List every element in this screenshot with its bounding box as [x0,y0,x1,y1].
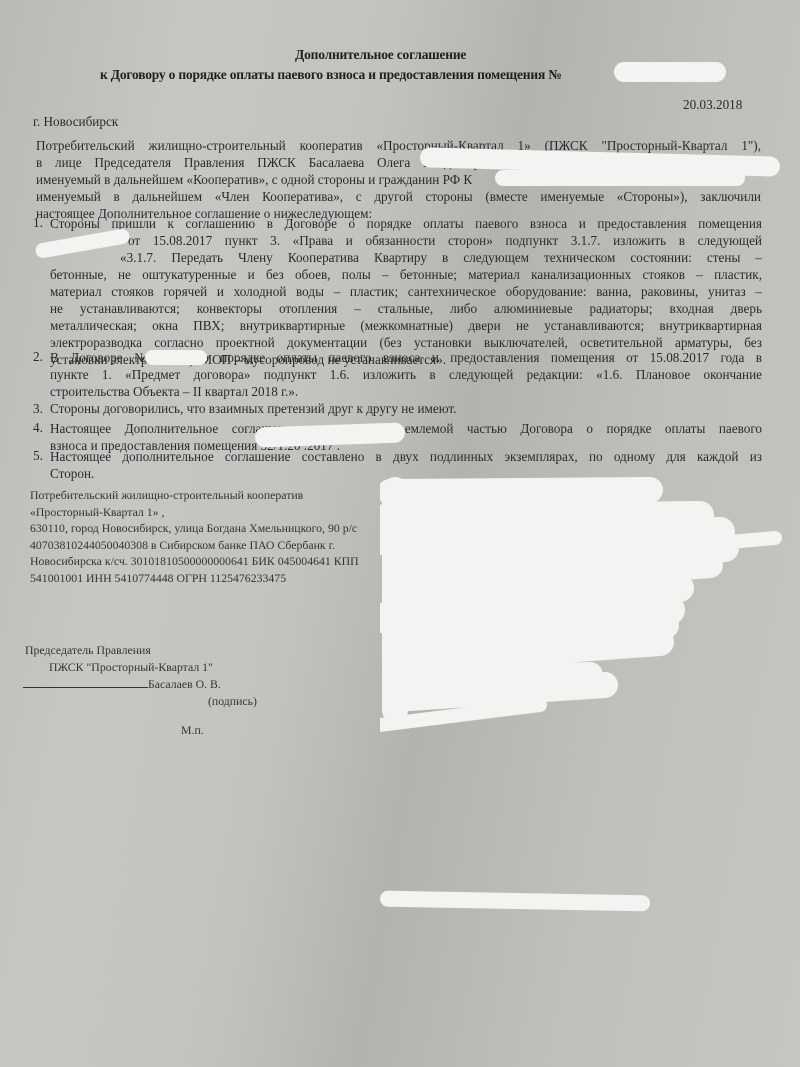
stamp-placeholder: М.п. [181,723,204,738]
clause-line: металлическая; окна ПВХ; внутриквартирны… [50,317,762,334]
clause-line: Настоящее дополнительное соглашение сост… [50,448,762,465]
clause-line: бетонные, не оштукатуренные и без обоев,… [50,266,762,283]
clause-line: строительства Объекта – II квартал 2018 … [50,383,762,400]
requisites-line: «Просторный-Квартал 1» , [30,504,359,521]
document-subtitle: к Договору о порядке оплаты паевого взно… [100,67,562,83]
requisites-line: Новосибирска к/сч. 30101810500000000641 … [30,553,359,570]
clause-3-text: Стороны договорились, что взаимных прете… [50,401,456,417]
clause-line: «3.1.7. Передать Члену Кооператива Кварт… [50,249,762,266]
clause-line: не устанавливаются; конвекторы отопления… [50,300,762,317]
redaction-contract-number [614,62,726,82]
clause-number: 5. [33,448,43,464]
requisites-line: 541001001 ИНН 5410774448 ОГРН 1125476233… [30,570,359,587]
signature-position: Председатель Правления [25,643,151,658]
redaction-contract-number-2 [145,350,207,365]
clause-line: материал стояков горячей и холодной воды… [50,283,762,300]
document-city: г. Новосибирск [33,114,118,130]
preamble-line: Потребительский жилищно-строительный коо… [36,137,761,154]
requisites-line: Потребительский жилищно-строительный коо… [30,487,359,504]
clause-line: Настоящее Дополнительное соглашение явля… [50,420,762,437]
clause-line: Стороны пришли к соглашению в Договоре о… [50,215,762,232]
requisites-line: 630110, город Новосибирск, улица Богдана… [30,520,359,537]
signature-line [23,675,148,688]
redaction-member-requisites [380,470,800,750]
redaction-member-signature [380,891,650,912]
document-page: Дополнительное соглашение к Договору о п… [0,0,800,1067]
signature-line-row: Басалаев О. В. [23,675,221,692]
signature-caption: (подпись) [208,694,257,709]
clause-number: 4. [33,420,43,436]
clause-line: пункте 1. «Предмет договора» подпункт 1.… [50,366,762,383]
signature-org: ПЖСК "Просторный-Квартал 1" [49,660,213,675]
preamble-line: именуемый в дальнейшем «Член Кооператива… [36,188,761,205]
cooperative-requisites: Потребительский жилищно-строительный коо… [30,487,359,586]
signatory-name: Басалаев О. В. [148,677,221,691]
document-date: 20.03.2018 [683,97,742,113]
requisites-line: 40703810244050040308 в Сибирском банке П… [30,537,359,554]
clause-number: 2. [33,349,43,365]
redaction-member-name-2 [495,170,745,186]
clause-number: 3. [33,401,43,417]
clause-1: Стороны пришли к соглашению в Договоре о… [50,215,762,368]
document-title: Дополнительное соглашение [295,47,466,63]
clause-number: 1. [33,215,43,231]
clause-line: от 15.08.2017 пункт 3. «Права и обязанно… [50,232,762,249]
